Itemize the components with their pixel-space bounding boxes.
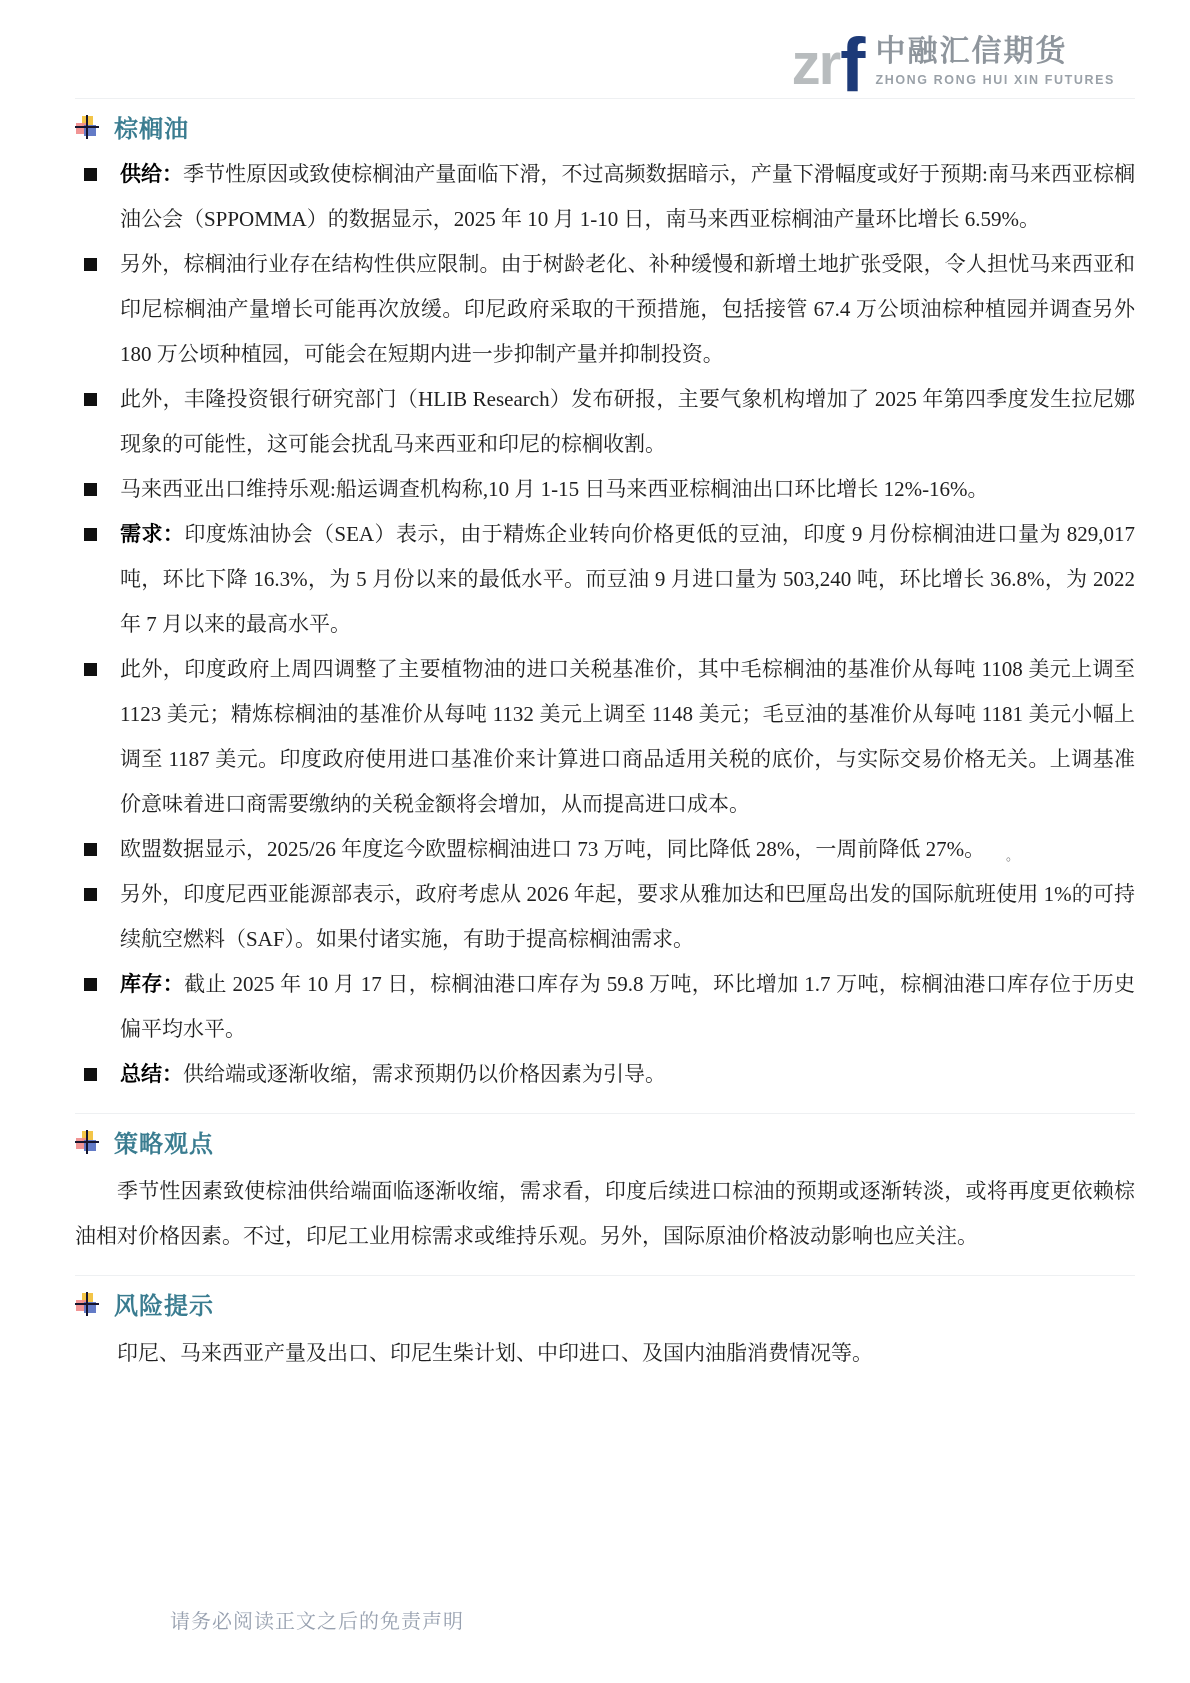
bullet-item: 马来西亚出口维持乐观:船运调查机构称,10 月 1-15 日马来西亚棕榈油出口环… — [75, 467, 1135, 512]
section-title: 棕榈油 — [114, 109, 189, 144]
logo-zr-letters: zr — [792, 36, 840, 94]
logo-f-letter: f — [840, 28, 865, 104]
bullet-label: 库存： — [120, 972, 184, 996]
bullet-item: 另外，印度尼西亚能源部表示，政府考虑从 2026 年起，要求从雅加达和巴厘岛出发… — [75, 872, 1135, 962]
bullet-square-icon — [84, 258, 97, 271]
bullet-text: 截止 2025 年 10 月 17 日，棕榈油港口库存为 59.8 万吨，环比增… — [120, 972, 1135, 1041]
bullet-square-icon — [84, 168, 97, 181]
section-marker-icon — [75, 1292, 99, 1316]
bullet-square-icon — [84, 393, 97, 406]
bullet-text: 此外，丰隆投资银行研究部门（HLIB Research）发布研报，主要气象机构增… — [120, 387, 1135, 456]
bullet-label: 供给： — [120, 162, 183, 186]
risk-paragraph: 印尼、马来西亚产量及出口、印尼生柴计划、中印进口、及国内油脂消费情况等。 — [75, 1331, 1135, 1376]
section-marker-icon — [75, 115, 99, 139]
section-heading-palm-oil: 棕榈油 — [75, 98, 1135, 146]
zrf-logo-icon: zr f — [792, 18, 866, 94]
bullet-square-icon — [84, 483, 97, 496]
section-title: 策略观点 — [114, 1124, 214, 1159]
bullet-square-icon — [84, 1068, 97, 1081]
logo-company-name-en: ZHONG RONG HUI XIN FUTURES — [875, 73, 1115, 87]
bullet-text: 印度炼油协会（SEA）表示，由于精炼企业转向价格更低的豆油，印度 9 月份棕榈油… — [120, 522, 1135, 636]
strategy-paragraph: 季节性因素致使棕油供给端面临逐渐收缩，需求看，印度后续进口棕油的预期或逐渐转淡，… — [75, 1169, 1135, 1259]
stray-period-mark: 。 — [1006, 845, 1019, 864]
bullet-text: 季节性原因或致使棕榈油产量面临下滑，不过高频数据暗示，产量下滑幅度或好于预期:南… — [120, 162, 1135, 231]
bullet-item: 欧盟数据显示，2025/26 年度迄今欧盟棕榈油进口 73 万吨，同比降低 28… — [75, 827, 1135, 872]
bullet-square-icon — [84, 663, 97, 676]
logo-company-name-cn: 中融汇信期货 — [875, 26, 1115, 70]
bullet-text: 欧盟数据显示，2025/26 年度迄今欧盟棕榈油进口 73 万吨，同比降低 28… — [120, 837, 985, 861]
bullet-item: 总结：供给端或逐渐收缩，需求预期仍以价格因素为引导。 — [75, 1052, 1135, 1097]
company-logo: zr f 中融汇信期货 ZHONG RONG HUI XIN FUTURES — [792, 18, 1115, 94]
bullet-text: 另外，棕榈油行业存在结构性供应限制。由于树龄老化、补种缓慢和新增土地扩张受限，令… — [120, 252, 1135, 366]
bullet-square-icon — [84, 888, 97, 901]
bullet-item: 另外，棕榈油行业存在结构性供应限制。由于树龄老化、补种缓慢和新增土地扩张受限，令… — [75, 242, 1135, 377]
bullet-text: 另外，印度尼西亚能源部表示，政府考虑从 2026 年起，要求从雅加达和巴厘岛出发… — [120, 882, 1135, 951]
section-title: 风险提示 — [114, 1286, 214, 1321]
bullet-square-icon — [84, 978, 97, 991]
bullet-item: 供给：季节性原因或致使棕榈油产量面临下滑，不过高频数据暗示，产量下滑幅度或好于预… — [75, 152, 1135, 242]
section-heading-risk: 风险提示 — [75, 1275, 1135, 1323]
bullet-item: 此外，印度政府上周四调整了主要植物油的进口关税基准价，其中毛棕榈油的基准价从每吨… — [75, 647, 1135, 827]
report-page: zr f 中融汇信期货 ZHONG RONG HUI XIN FUTURES 棕… — [0, 0, 1190, 1683]
logo-text: 中融汇信期货 ZHONG RONG HUI XIN FUTURES — [875, 26, 1115, 87]
report-content: 棕榈油 供给：季节性原因或致使棕榈油产量面临下滑，不过高频数据暗示，产量下滑幅度… — [75, 98, 1135, 1376]
section-marker-icon — [75, 1130, 99, 1154]
bullet-square-icon — [84, 843, 97, 856]
bullet-label: 总结： — [120, 1062, 183, 1086]
bullet-item: 需求：印度炼油协会（SEA）表示，由于精炼企业转向价格更低的豆油，印度 9 月份… — [75, 512, 1135, 647]
bullet-label: 需求： — [120, 522, 184, 546]
bullet-square-icon — [84, 528, 97, 541]
bullet-text: 此外，印度政府上周四调整了主要植物油的进口关税基准价，其中毛棕榈油的基准价从每吨… — [120, 657, 1135, 816]
section-heading-strategy: 策略观点 — [75, 1113, 1135, 1161]
bullet-item: 此外，丰隆投资银行研究部门（HLIB Research）发布研报，主要气象机构增… — [75, 377, 1135, 467]
bullet-text: 供给端或逐渐收缩，需求预期仍以价格因素为引导。 — [183, 1062, 666, 1086]
footer-disclaimer: 请务必阅读正文之后的免责声明 — [170, 1605, 464, 1634]
palm-oil-bullet-list: 供给：季节性原因或致使棕榈油产量面临下滑，不过高频数据暗示，产量下滑幅度或好于预… — [75, 152, 1135, 1097]
bullet-text: 马来西亚出口维持乐观:船运调查机构称,10 月 1-15 日马来西亚棕榈油出口环… — [120, 477, 989, 501]
bullet-item: 库存：截止 2025 年 10 月 17 日，棕榈油港口库存为 59.8 万吨，… — [75, 962, 1135, 1052]
